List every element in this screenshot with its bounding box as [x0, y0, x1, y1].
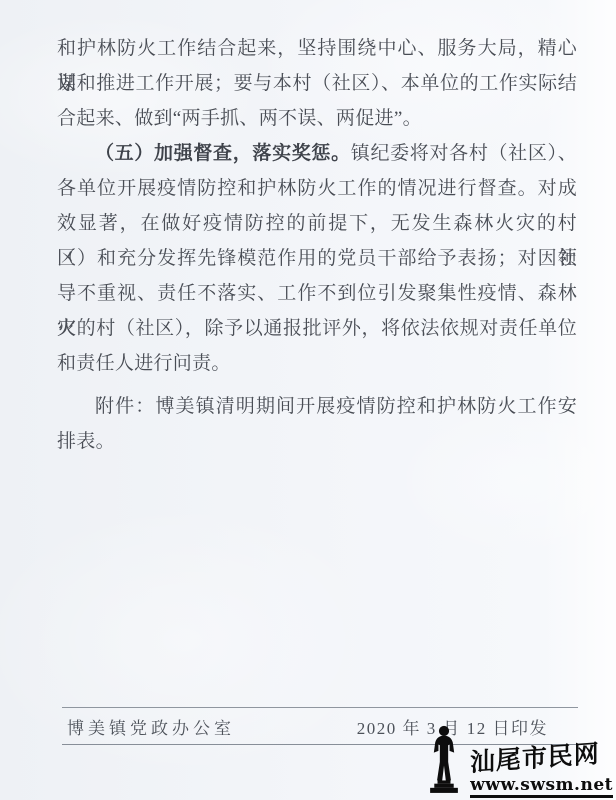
body-line: 和责任人进行问责。: [57, 346, 577, 381]
section-heading-text: （五）加强督查，落实奖惩。: [95, 143, 351, 164]
body-line: 和护林防火工作结合起来，坚持围绕中心、服务大局，精心谋: [57, 31, 577, 66]
issuing-office: 博美镇党政办公室: [62, 714, 235, 739]
attachment-line: 附件：博美镇清明期间开展疫情防控和护林防火工作安: [57, 389, 577, 424]
body-line: 划和推进工作开展；要与本村（社区）、本单位的工作实际结: [57, 66, 577, 101]
document-body: 和护林防火工作结合起来，坚持围绕中心、服务大局，精心谋 划和推进工作开展；要与本…: [57, 31, 577, 459]
watermark-text-block: 汕尾市民网 www.swsm.net: [470, 743, 613, 798]
body-line: 合起来、做到“两手抓、两不误、两促进”。: [57, 101, 577, 136]
watermark-site-url: www.swsm.net: [470, 777, 613, 798]
body-line: 各单位开展疫情防控和护林防火工作的情况进行督查。对成: [57, 171, 577, 206]
body-line: 灾的村（社区），除予以通报批评外，将依法依规对责任单位: [57, 311, 577, 346]
scanned-document-page: 和护林防火工作结合起来，坚持围绕中心、服务大局，精心谋 划和推进工作开展；要与本…: [0, 0, 616, 800]
attachment-line: 排表。: [57, 424, 577, 459]
body-line: 区）和充分发挥先锋模范作用的党员干部给予表扬；对因领: [57, 241, 577, 276]
watermark-site-name: 汕尾市民网: [470, 734, 600, 779]
body-line: 效显著，在做好疫情防控的前提下，无发生森林火灾的村（社: [57, 206, 577, 241]
site-watermark: 汕尾市民网 www.swsm.net: [419, 724, 613, 798]
body-line: 导不重视、责任不落实、工作不到位引发聚集性疫情、森林火: [57, 276, 577, 311]
person-silhouette-icon: [419, 724, 469, 798]
paragraph-gap: [57, 381, 577, 389]
body-line-section-heading: （五）加强督查，落实奖惩。镇纪委将对各村（社区）、: [57, 136, 577, 171]
